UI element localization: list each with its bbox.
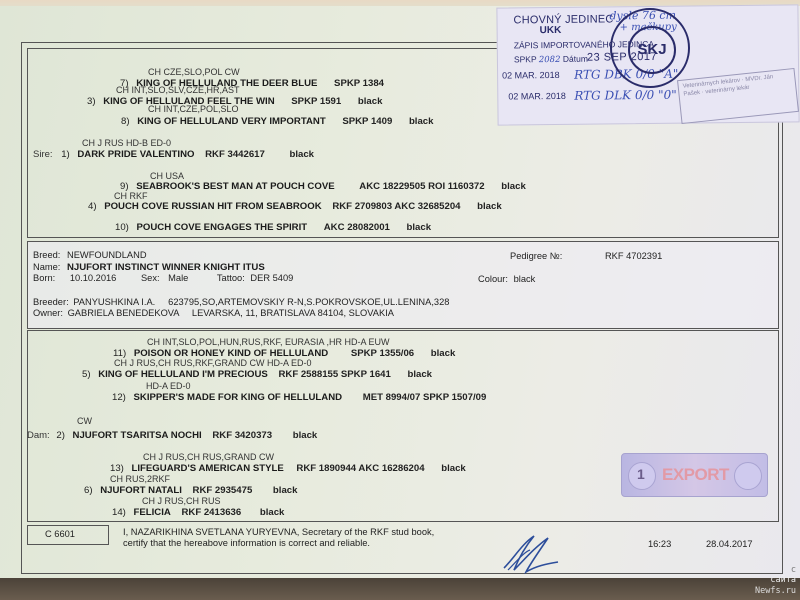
- datum-label: Dátum: [563, 54, 588, 64]
- dam-label: Dam:: [27, 430, 50, 441]
- colour-label: Colour:: [478, 274, 508, 284]
- ancestor-name: POUCH COVE ENGAGES THE SPIRIT: [137, 222, 308, 233]
- ancestor-titles: CH INT,SLO,POL,HUN,RUS,RKF, EURASIA ,HR …: [147, 337, 390, 347]
- ancestor-name: LIFEGUARD'S AMERICAN STYLE: [132, 463, 284, 474]
- ancestor-colour: black: [407, 222, 432, 233]
- ancestor-colour: black: [409, 116, 434, 127]
- ancestor-reg: AKC 28082001: [324, 222, 390, 233]
- ancestor-number: 3): [87, 96, 96, 107]
- ancestor-14: 14) FELICIA RKF 2413636 black: [112, 507, 284, 518]
- ancestor-titles: CH RUS,2RKF: [110, 474, 170, 484]
- sire-row: Sire: 1) DARK PRIDE VALENTINO RKF 344261…: [33, 149, 314, 160]
- ancestor-colour: black: [501, 181, 526, 192]
- ancestor-reg: RKF 2588155 SPKP 1641: [278, 369, 390, 380]
- dog-name: NJUFORT INSTINCT WINNER KNIGHT ITUS: [67, 262, 265, 273]
- issue-time: 16:23: [648, 539, 671, 549]
- owner-label: Owner:: [33, 308, 63, 318]
- owner-value: GABRIELA BENEDEKOVA LEVARSKA, 11, BRATIS…: [68, 308, 394, 318]
- hologram-number-badge: 1: [628, 462, 656, 490]
- breeder-row: Breeder: PANYUSHKINA I.A. 623795,SO,ARTE…: [33, 297, 449, 307]
- certify-line-2: certify that the hereabove information i…: [123, 538, 370, 548]
- name-label: Name:: [33, 262, 60, 272]
- export-hologram-sticker: 1 EXPORT: [621, 453, 768, 497]
- ancestor-titles: CH J RUS,CH RUS,RKF,GRAND CW HD-A ED-0: [114, 358, 312, 368]
- breeder-value: PANYUSHKINA I.A. 623795,SO,ARTEMOVSKIY R…: [73, 297, 449, 307]
- ancestor-titles: CH J RUS,CH RUS,GRAND CW: [143, 452, 274, 462]
- ancestor-number: 12): [112, 392, 126, 403]
- document-code: C 6601: [45, 529, 75, 539]
- ancestor-titles: CH RKF: [114, 191, 148, 201]
- issue-date: 28.04.2017: [706, 539, 753, 549]
- born-value: 10.10.2016: [70, 273, 117, 283]
- ancestor-colour: black: [273, 485, 298, 496]
- ancestor-reg: SPKP 1384: [334, 78, 384, 89]
- ancestor-titles: CH CZE,SLO,POL CW: [148, 67, 240, 77]
- ancestor-reg: SPKP 1409: [342, 116, 392, 127]
- watermark-line2: сайта: [770, 575, 796, 585]
- ancestor-colour: black: [293, 430, 318, 441]
- spkp-number: 2082: [539, 55, 561, 65]
- ancestor-6: 6) NJUFORT NATALI RKF 2935475 black: [84, 485, 297, 496]
- ancestor-colour: black: [477, 201, 502, 212]
- ancestor-name: POUCH COVE RUSSIAN HIT FROM SEABROOK: [104, 201, 321, 212]
- ancestor-name: KING OF HELLULAND VERY IMPORTANT: [137, 116, 326, 127]
- pedigree-number: RKF 4702391: [605, 251, 662, 261]
- ancestor-colour: black: [289, 149, 314, 160]
- ancestor-number: 10): [115, 222, 129, 233]
- breed-value: NEWFOUNDLAND: [67, 250, 147, 260]
- dam-row: Dam: 2) NJUFORT TSARITSA NOCHI RKF 34203…: [27, 430, 317, 441]
- ancestor-reg: SPKP 1591: [291, 96, 341, 107]
- ancestor-titles: HD-A ED-0: [146, 381, 191, 391]
- ancestor-name: NJUFORT NATALI: [100, 485, 182, 496]
- table-surface: [0, 578, 800, 600]
- name-row: Name: NJUFORT INSTINCT WINNER KNIGHT ITU…: [33, 262, 265, 273]
- ancestor-13: 13) LIFEGUARD'S AMERICAN STYLE RKF 18909…: [110, 463, 466, 474]
- watermark-site: Newfs.ru: [755, 586, 796, 596]
- ancestor-12: 12) SKIPPER'S MADE FOR KING OF HELLULAND…: [112, 392, 486, 403]
- ancestor-number: 4): [88, 201, 97, 212]
- ancestor-reg: RKF 2935475: [193, 485, 253, 496]
- born-row: Born: 10.10.2016 Sex: Male Tattoo: DER 5…: [33, 273, 293, 283]
- pedigree-row: Pedigree №: RKF 4702391: [510, 251, 662, 261]
- hologram-emblem-icon: [734, 462, 762, 490]
- ancestor-titles: CH USA: [150, 171, 184, 181]
- ancestor-colour: black: [260, 507, 285, 518]
- watermark-line1: с: [791, 565, 796, 575]
- ancestor-titles: CH J RUS,CH RUS: [142, 496, 221, 506]
- colour-value: black: [514, 274, 536, 284]
- ancestor-titles: CH INT,SLO,SLV,CZE,HR,AST: [116, 85, 240, 95]
- exam1-date: 02 MAR. 2018: [502, 70, 560, 81]
- sire-label: Sire:: [33, 149, 53, 160]
- ancestor-name: DARK PRIDE VALENTINO: [77, 149, 194, 160]
- ancestor-number: 14): [112, 507, 126, 518]
- ancestor-reg: RKF 2709803 AKC 32685204: [332, 201, 460, 212]
- tattoo-value: DER 5409: [250, 273, 293, 283]
- ancestor-name: FELICIA: [134, 507, 171, 518]
- exam2-date: 02 MAR. 2018: [508, 91, 566, 102]
- ancestor-reg: RKF 1890944 AKC 16286204: [296, 463, 424, 474]
- ancestor-name: NJUFORT TSARITSA NOCHI: [73, 430, 202, 441]
- export-label: EXPORT: [662, 465, 729, 485]
- stamp-ukk: UKK: [540, 25, 562, 36]
- certify-line-1: I, NAZARIKHINA SVETLANA YURYEVNA, Secret…: [123, 527, 434, 537]
- tattoo-label: Tattoo:: [217, 273, 245, 283]
- breeder-label: Breeder:: [33, 297, 69, 307]
- born-label: Born:: [33, 273, 55, 283]
- ancestor-9: 9) SEABROOK'S BEST MAN AT POUCH COVE AKC…: [120, 181, 526, 192]
- breed-row: Breed: NEWFOUNDLAND: [33, 250, 147, 260]
- ancestor-reg: RKF 3442617: [205, 149, 265, 160]
- breed-label: Breed:: [33, 250, 60, 260]
- stamp-spkp-row: SPKP 2082 Dátum: [514, 54, 588, 66]
- pedigree-label: Pedigree №:: [510, 251, 562, 261]
- ancestor-colour: black: [358, 96, 383, 107]
- spkp-label: SPKP: [514, 54, 537, 64]
- ancestor-reg: AKC 18229505 ROI 1160372: [359, 181, 484, 192]
- ancestor-name: SEABROOK'S BEST MAN AT POUCH COVE: [136, 181, 334, 192]
- ancestor-5: 5) KING OF HELLULAND I'M PRECIOUS RKF 25…: [82, 369, 432, 380]
- ancestor-number: 13): [110, 463, 124, 474]
- sex-label: Sex:: [141, 273, 160, 283]
- ancestor-number: 6): [84, 485, 93, 496]
- ancestor-reg: RKF 2413636: [181, 507, 241, 518]
- ancestor-titles: CH INT,CZE,POL,SLO: [148, 104, 239, 114]
- ancestor-reg: SPKP 1355/06: [351, 348, 414, 359]
- ancestor-colour: black: [431, 348, 456, 359]
- seal-monogram: SKJ: [628, 26, 676, 74]
- skj-seal-icon: SKJ: [610, 8, 690, 88]
- ancestor-10: 10) POUCH COVE ENGAGES THE SPIRIT AKC 28…: [115, 222, 431, 233]
- ancestor-number: 2): [56, 430, 65, 441]
- ancestor-8: 8) KING OF HELLULAND VERY IMPORTANT SPKP…: [121, 116, 433, 127]
- ancestor-reg: MET 8994/07 SPKP 1507/09: [363, 392, 487, 403]
- ancestor-titles: CH J RUS HD-B ED-0: [82, 138, 171, 148]
- ancestor-name: SKIPPER'S MADE FOR KING OF HELLULAND: [134, 392, 343, 403]
- sex-value: Male: [168, 273, 188, 283]
- ancestor-4: 4) POUCH COVE RUSSIAN HIT FROM SEABROOK …: [88, 201, 502, 212]
- ancestor-name: KING OF HELLULAND I'M PRECIOUS: [98, 369, 268, 380]
- exam2-result: RTG DLK 0/0 "0": [574, 88, 677, 103]
- owner-row: Owner: GABRIELA BENEDEKOVA LEVARSKA, 11,…: [33, 308, 394, 318]
- ancestor-number: 5): [82, 369, 91, 380]
- ancestor-titles: CW: [77, 416, 92, 426]
- secretary-signature: [500, 530, 560, 575]
- ancestor-number: 8): [121, 116, 130, 127]
- ancestor-colour: black: [407, 369, 432, 380]
- ancestor-number: 1): [61, 149, 70, 160]
- ancestor-colour: black: [441, 463, 466, 474]
- ancestor-reg: RKF 3420373: [212, 430, 272, 441]
- colour-row: Colour: black: [478, 274, 535, 284]
- stamp-heading: CHOVNÝ JEDINEC: [513, 13, 613, 26]
